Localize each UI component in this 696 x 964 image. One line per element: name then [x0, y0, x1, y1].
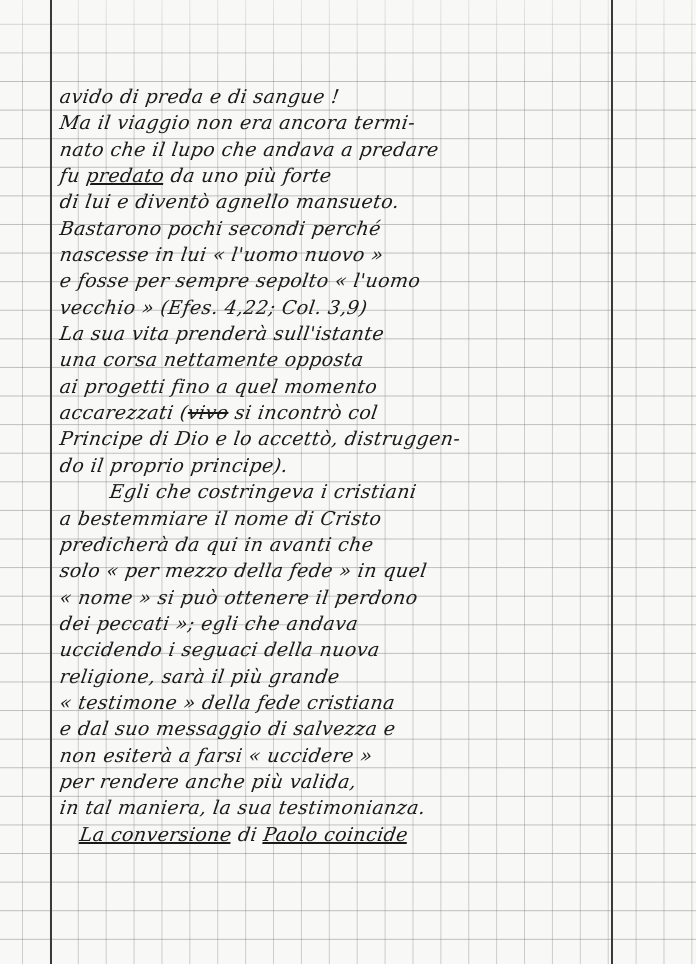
- text-line: La sua vita prenderà sull'istante: [58, 321, 662, 347]
- text-segment: fu: [58, 165, 88, 187]
- page-top-area: [0, 0, 696, 81]
- paragraph-start-line: Egli che costringeva i cristiani: [58, 479, 662, 505]
- text-segment: da uno più forte: [163, 165, 333, 187]
- text-line: Principe di Dio e lo accettò, distruggen…: [58, 426, 662, 452]
- text-segment: si incontrò col: [227, 402, 379, 424]
- text-segment: di: [230, 824, 265, 846]
- text-line: Ma il viaggio non era ancora termi-: [58, 110, 662, 136]
- text-segment: accarezzati (: [58, 402, 189, 424]
- text-line: in tal maniera, la sua testimonianza.: [58, 795, 662, 821]
- text-line: predicherà da qui in avanti che: [58, 532, 662, 558]
- handwritten-text-block: avido di preda e di sangue ! Ma il viagg…: [58, 84, 658, 848]
- text-line: a bestemmiare il nome di Cristo: [58, 506, 662, 532]
- text-line: do il proprio principe).: [58, 453, 662, 479]
- text-line: « nome » si può ottenere il perdono: [58, 585, 662, 611]
- text-line: vecchio » (Efes. 4,22; Col. 3,9): [58, 295, 662, 321]
- text-line: non esiterà a farsi « uccidere »: [58, 743, 662, 769]
- text-line: e dal suo messaggio di salvezza e: [58, 716, 662, 742]
- text-line: avido di preda e di sangue !: [58, 84, 662, 110]
- underlined-phrase: La conversione: [78, 824, 233, 846]
- underlined-phrase: Paolo coincide: [262, 824, 409, 846]
- text-line: dei peccati »; egli che andava: [58, 611, 662, 637]
- text-line: accarezzati (vivo si incontrò col: [58, 400, 662, 426]
- left-margin-line: [50, 0, 52, 964]
- text-line: nascesse in lui « l'uomo nuovo »: [58, 242, 662, 268]
- text-line: uccidendo i seguaci della nuova: [58, 637, 662, 663]
- text-line: per rendere anche più valida,: [58, 769, 662, 795]
- text-line: nato che il lupo che andava a predare: [58, 137, 662, 163]
- text-line: e fosse per sempre sepolto « l'uomo: [58, 268, 662, 294]
- heading-line: La conversione di Paolo coincide: [58, 822, 662, 848]
- text-line: di lui e diventò agnello mansueto.: [58, 189, 662, 215]
- text-line: Bastarono pochi secondi perché: [58, 216, 662, 242]
- text-line: solo « per mezzo della fede » in quel: [58, 558, 662, 584]
- underlined-word: predato: [85, 165, 166, 187]
- text-line: fu predato da uno più forte: [58, 163, 662, 189]
- text-line: ai progetti fino a quel momento: [58, 374, 662, 400]
- struck-word: vivo: [186, 402, 230, 424]
- text-line: « testimone » della fede cristiana: [58, 690, 662, 716]
- text-line: una corsa nettamente opposta: [58, 347, 662, 373]
- text-line: religione, sarà il più grande: [58, 664, 662, 690]
